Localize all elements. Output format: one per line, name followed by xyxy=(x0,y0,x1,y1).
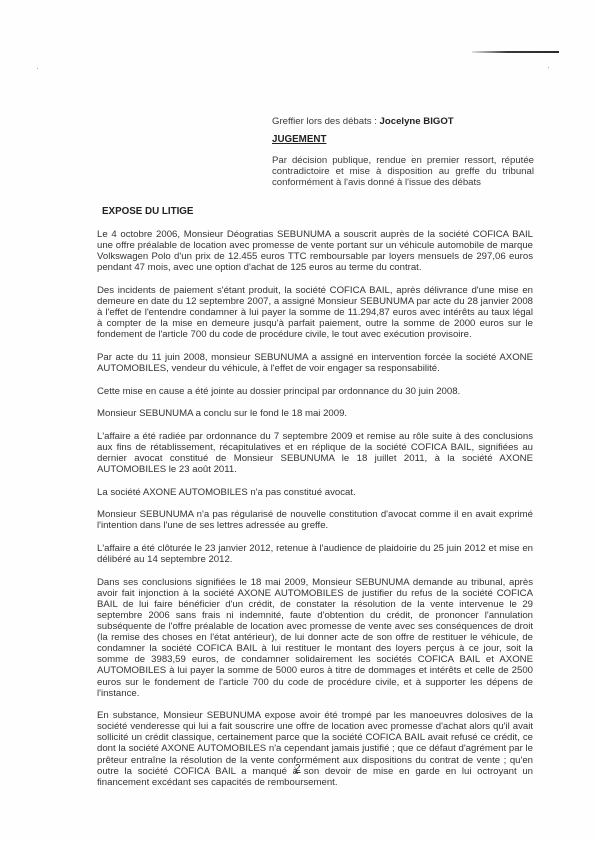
paragraph: L'affaire a été clôturée le 23 janvier 2… xyxy=(97,543,533,565)
jugement-title: JUGEMENT xyxy=(272,134,534,145)
decision-text: Par décision publique, rendue en premier… xyxy=(272,155,534,188)
paragraph: La société AXONE AUTOMOBILES n'a pas con… xyxy=(97,487,533,498)
page-number: 2 xyxy=(295,763,301,774)
section-title: EXPOSE DU LITIGE xyxy=(102,206,533,217)
paragraph: En substance, Monsieur SEBUNUMA expose a… xyxy=(97,710,533,788)
judgment-header: Greffier lors des débats : Jocelyne BIGO… xyxy=(272,116,534,188)
paragraph: Monsieur SEBUNUMA a conclu sur le fond l… xyxy=(97,408,533,419)
paragraph: Monsieur SEBUNUMA n'a pas régularisé de … xyxy=(97,509,533,531)
greffier-line: Greffier lors des débats : Jocelyne BIGO… xyxy=(272,116,534,127)
scan-speck xyxy=(548,67,549,68)
expose-du-litige-section: EXPOSE DU LITIGE Le 4 octobre 2006, Mons… xyxy=(97,206,533,799)
scan-speck xyxy=(37,68,38,69)
greffier-label: Greffier lors des débats : xyxy=(272,116,380,127)
paragraph: Dans ses conclusions signifiées le 18 ma… xyxy=(97,577,533,699)
paragraph: L'affaire a été radiée par ordonnance du… xyxy=(97,431,533,475)
greffier-name: Jocelyne BIGOT xyxy=(380,116,454,127)
paragraph: Des incidents de paiement s'étant produi… xyxy=(97,285,533,340)
paragraph: Le 4 octobre 2006, Monsieur Déogratias S… xyxy=(97,229,533,273)
document-page: Greffier lors des débats : Jocelyne BIGO… xyxy=(0,0,595,841)
paragraph: Cette mise en cause a été jointe au doss… xyxy=(97,386,533,397)
paragraph: Par acte du 11 juin 2008, monsieur SEBUN… xyxy=(97,352,533,374)
scan-mark-line xyxy=(472,51,559,53)
